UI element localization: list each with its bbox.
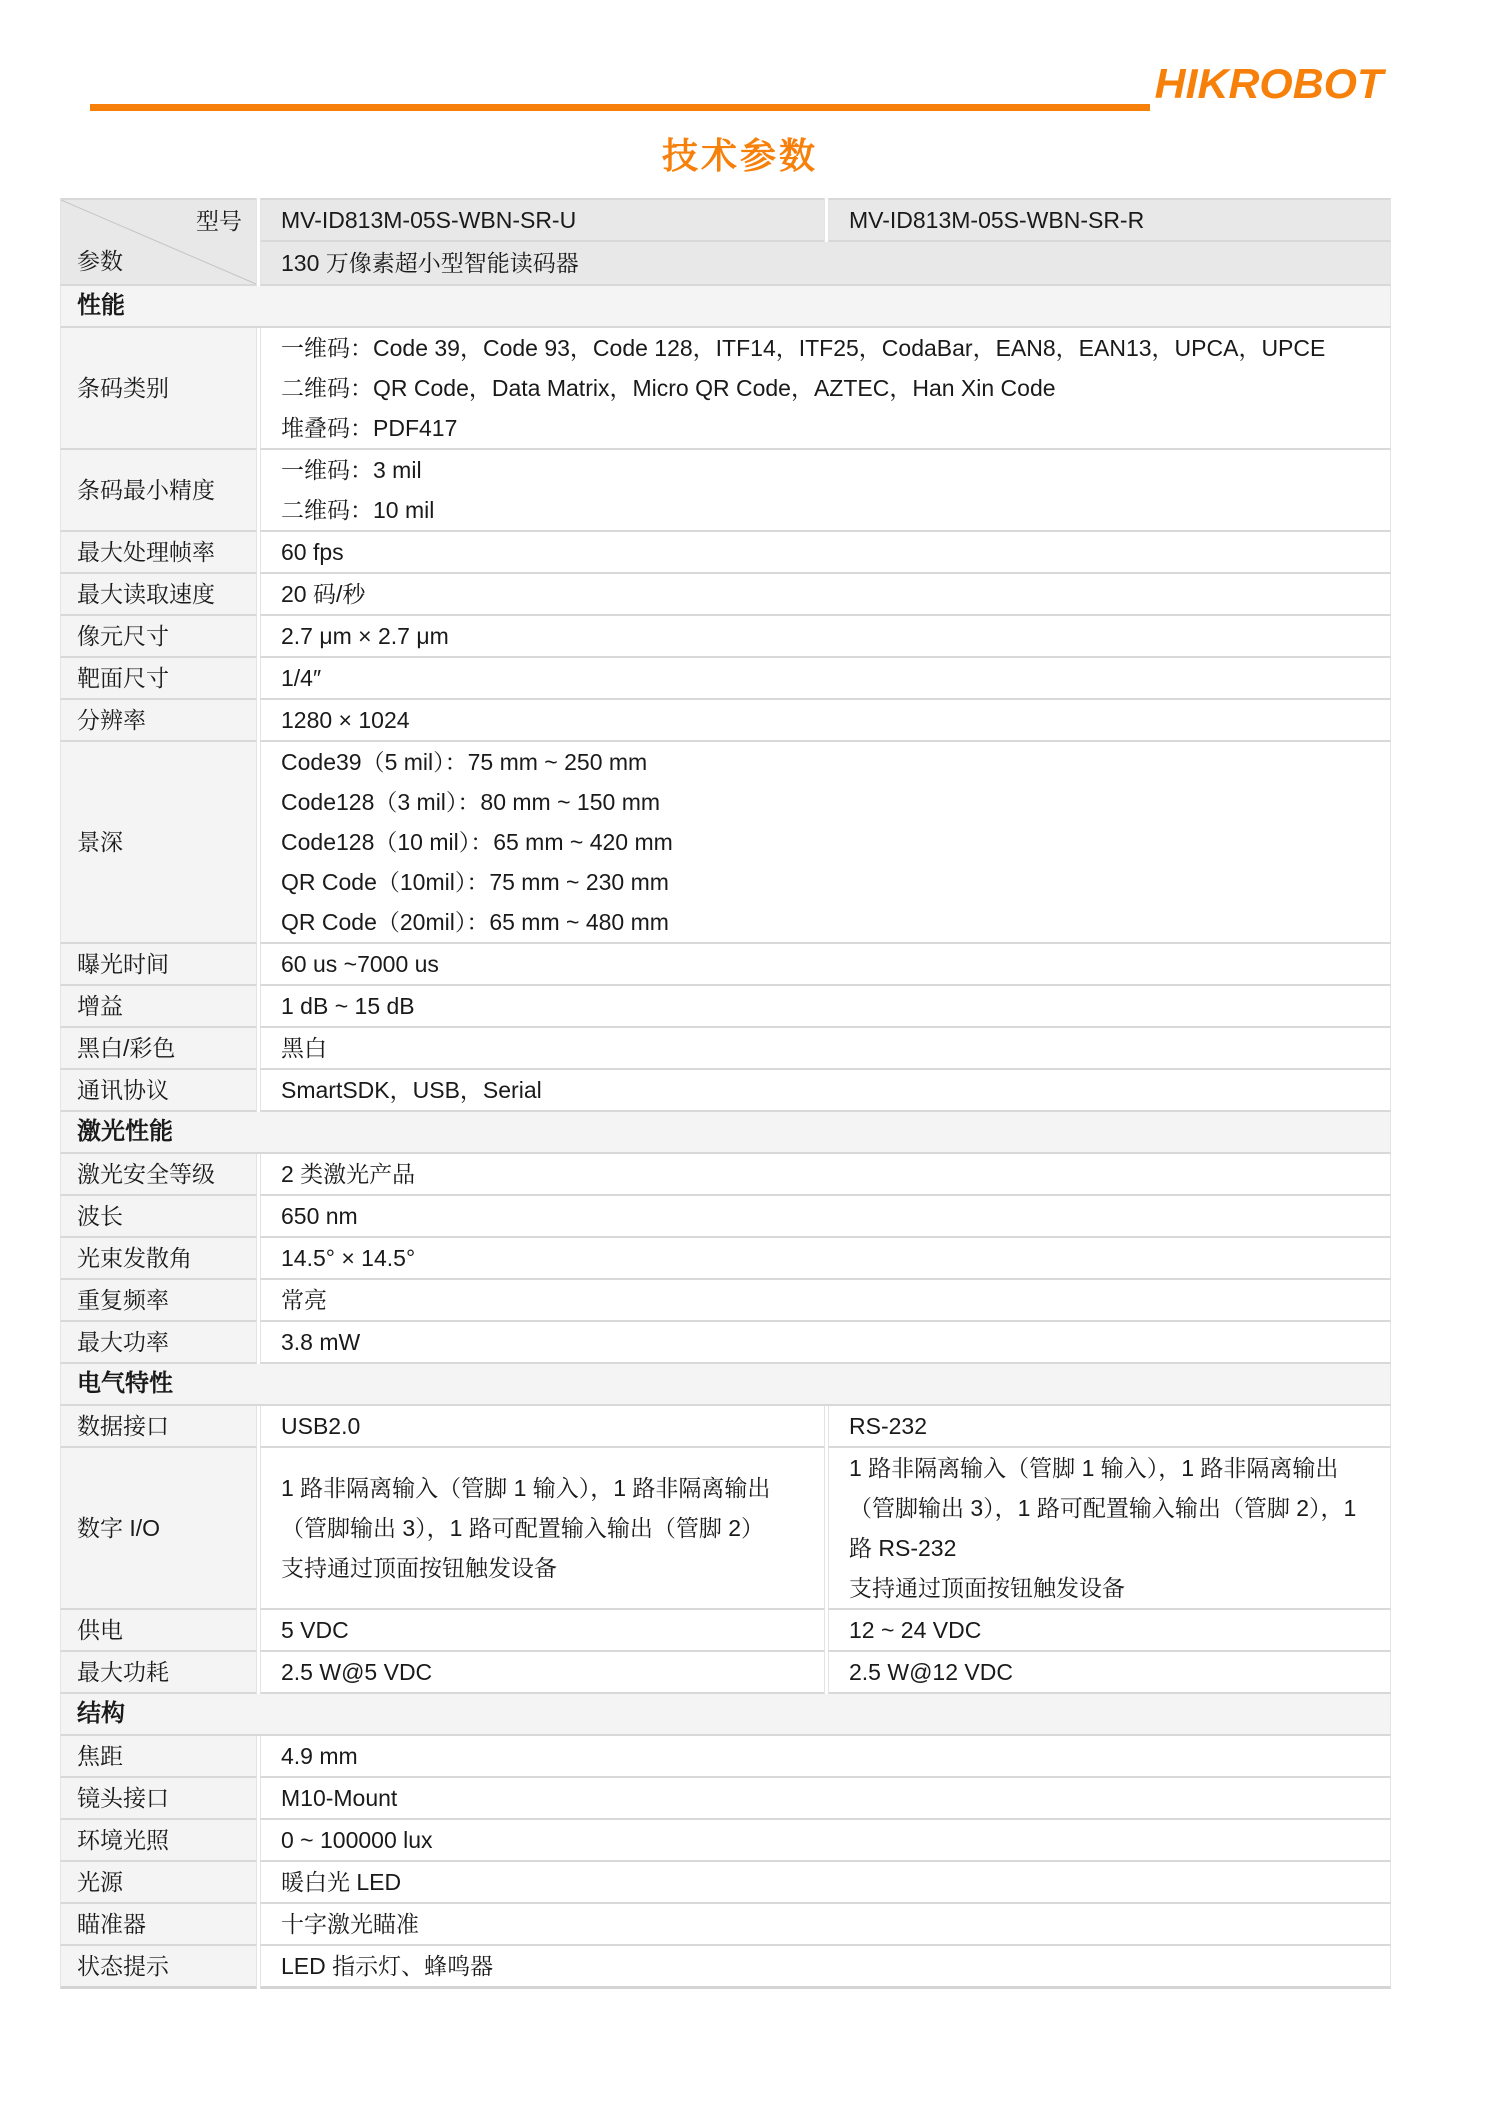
spec-row: 数据接口USB2.0RS-232 xyxy=(60,1406,1391,1448)
section-title: 性能 xyxy=(60,286,1391,328)
spec-row: 条码类别一维码：Code 39，Code 93，Code 128，ITF14，I… xyxy=(60,328,1391,450)
spec-label: 像元尺寸 xyxy=(60,616,257,658)
spec-row: 光束发散角14.5° × 14.5° xyxy=(60,1238,1391,1280)
spec-value: 60 us ~7000 us xyxy=(260,944,1391,986)
spec-row: 增益1 dB ~ 15 dB xyxy=(60,986,1391,1028)
spec-row: 最大读取速度20 码/秒 xyxy=(60,574,1391,616)
section-title: 结构 xyxy=(60,1694,1391,1736)
spec-value: 1 dB ~ 15 dB xyxy=(260,986,1391,1028)
spec-value: 3.8 mW xyxy=(260,1322,1391,1364)
spec-label: 波长 xyxy=(60,1196,257,1238)
spec-row: 波长650 nm xyxy=(60,1196,1391,1238)
value-line: 1 路非隔离输入（管脚 1 输入），1 路非隔离输出（管脚输出 3），1 路可配… xyxy=(849,1448,1360,1568)
value-line: QR Code（10mil）：75 mm ~ 230 mm xyxy=(281,862,1360,902)
section-title: 电气特性 xyxy=(60,1364,1391,1406)
brand-logo: HIKROBOT xyxy=(1155,60,1494,108)
value-line: M10-Mount xyxy=(281,1778,1360,1818)
value-line: 十字激光瞄准 xyxy=(281,1904,1360,1944)
spec-label: 重复频率 xyxy=(60,1280,257,1322)
value-line: 2 类激光产品 xyxy=(281,1154,1360,1194)
spec-row: 黑白/彩色黑白 xyxy=(60,1028,1391,1070)
spec-row: 最大功耗2.5 W@5 VDC2.5 W@12 VDC xyxy=(60,1652,1391,1694)
spec-value: 2.5 W@5 VDC xyxy=(260,1652,825,1694)
value-line: 支持通过顶面按钮触发设备 xyxy=(281,1548,794,1588)
spec-value: 2.7 μm × 2.7 μm xyxy=(260,616,1391,658)
value-line: 60 us ~7000 us xyxy=(281,944,1360,984)
spec-label: 条码类别 xyxy=(60,328,257,450)
spec-value: RS-232 xyxy=(828,1406,1391,1448)
spec-value: 2 类激光产品 xyxy=(260,1154,1391,1196)
spec-row: 像元尺寸2.7 μm × 2.7 μm xyxy=(60,616,1391,658)
spec-row: 重复频率常亮 xyxy=(60,1280,1391,1322)
value-line: 20 码/秒 xyxy=(281,574,1360,614)
value-line: 黑白 xyxy=(281,1028,1360,1068)
spec-row: 景深Code39（5 mil）：75 mm ~ 250 mmCode128（3 … xyxy=(60,742,1391,944)
table-corner-cell: 型号 参数 xyxy=(60,198,257,286)
spec-label: 最大读取速度 xyxy=(60,574,257,616)
section-title: 激光性能 xyxy=(60,1112,1391,1154)
spec-row: 分辨率1280 × 1024 xyxy=(60,700,1391,742)
spec-label: 黑白/彩色 xyxy=(60,1028,257,1070)
table-header-row-param: 130 万像素超小型智能读码器 xyxy=(60,242,1391,286)
spec-label: 数据接口 xyxy=(60,1406,257,1448)
spec-value: 1280 × 1024 xyxy=(260,700,1391,742)
value-line: 一维码：Code 39，Code 93，Code 128，ITF14，ITF25… xyxy=(281,328,1360,368)
spec-row: 焦距4.9 mm xyxy=(60,1736,1391,1778)
spec-value: 十字激光瞄准 xyxy=(260,1904,1391,1946)
spec-label: 最大功率 xyxy=(60,1322,257,1364)
corner-model-label: 型号 xyxy=(196,202,242,240)
spec-value: 0 ~ 100000 lux xyxy=(260,1820,1391,1862)
spec-label: 供电 xyxy=(60,1610,257,1652)
value-line: 二维码：10 mil xyxy=(281,490,1360,530)
value-line: USB2.0 xyxy=(281,1406,794,1446)
spec-label: 曝光时间 xyxy=(60,944,257,986)
spec-row: 靶面尺寸1/4″ xyxy=(60,658,1391,700)
value-line: 常亮 xyxy=(281,1280,1360,1320)
spec-label: 景深 xyxy=(60,742,257,944)
page-title: 技术参数 xyxy=(0,128,1480,179)
spec-value: 60 fps xyxy=(260,532,1391,574)
spec-value: M10-Mount xyxy=(260,1778,1391,1820)
spec-row: 环境光照0 ~ 100000 lux xyxy=(60,1820,1391,1862)
value-line: Code39（5 mil）：75 mm ~ 250 mm xyxy=(281,742,1360,782)
value-line: 4.9 mm xyxy=(281,1736,1360,1776)
spec-row: 供电5 VDC12 ~ 24 VDC xyxy=(60,1610,1391,1652)
spec-row: 通讯协议SmartSDK，USB，Serial xyxy=(60,1070,1391,1112)
value-line: 一维码：3 mil xyxy=(281,450,1360,490)
section-header-row: 结构 xyxy=(60,1694,1391,1736)
spec-row: 激光安全等级2 类激光产品 xyxy=(60,1154,1391,1196)
spec-label: 条码最小精度 xyxy=(60,450,257,532)
value-line: Code128（3 mil）：80 mm ~ 150 mm xyxy=(281,782,1360,822)
spec-value: 2.5 W@12 VDC xyxy=(828,1652,1391,1694)
spec-label: 焦距 xyxy=(60,1736,257,1778)
value-line: 12 ~ 24 VDC xyxy=(849,1610,1360,1650)
spec-label: 状态提示 xyxy=(60,1946,257,1989)
value-line: Code128（10 mil）：65 mm ~ 420 mm xyxy=(281,822,1360,862)
spec-row: 曝光时间60 us ~7000 us xyxy=(60,944,1391,986)
value-line: 650 nm xyxy=(281,1196,1360,1236)
value-line: 支持通过顶面按钮触发设备 xyxy=(849,1568,1360,1608)
header-divider-line xyxy=(90,104,1150,111)
spec-label: 最大处理帧率 xyxy=(60,532,257,574)
spec-row: 镜头接口M10-Mount xyxy=(60,1778,1391,1820)
spec-value: 黑白 xyxy=(260,1028,1391,1070)
section-header-row: 电气特性 xyxy=(60,1364,1391,1406)
spec-value: Code39（5 mil）：75 mm ~ 250 mmCode128（3 mi… xyxy=(260,742,1391,944)
spec-label: 激光安全等级 xyxy=(60,1154,257,1196)
model-name-left: MV-ID813M-05S-WBN-SR-U xyxy=(260,198,825,242)
model-name-right: MV-ID813M-05S-WBN-SR-R xyxy=(828,198,1391,242)
value-line: RS-232 xyxy=(849,1406,1360,1446)
spec-label: 瞄准器 xyxy=(60,1904,257,1946)
spec-label: 最大功耗 xyxy=(60,1652,257,1694)
value-line: 1/4″ xyxy=(281,658,1360,698)
value-line: 1 dB ~ 15 dB xyxy=(281,986,1360,1026)
value-line: 60 fps xyxy=(281,532,1360,572)
spec-label: 环境光照 xyxy=(60,1820,257,1862)
spec-value: LED 指示灯、蜂鸣器 xyxy=(260,1946,1391,1989)
spec-label: 增益 xyxy=(60,986,257,1028)
spec-label: 通讯协议 xyxy=(60,1070,257,1112)
value-line: QR Code（20mil）：65 mm ~ 480 mm xyxy=(281,902,1360,942)
spec-value: 1 路非隔离输入（管脚 1 输入），1 路非隔离输出（管脚输出 3），1 路可配… xyxy=(260,1448,825,1610)
spec-value: 650 nm xyxy=(260,1196,1391,1238)
value-line: 1280 × 1024 xyxy=(281,700,1360,740)
spec-value: 暖白光 LED xyxy=(260,1862,1391,1904)
value-line: 3.8 mW xyxy=(281,1322,1360,1362)
value-line: 14.5° × 14.5° xyxy=(281,1238,1360,1278)
table-header-row-model: 型号 参数 MV-ID813M-05S-WBN-SR-U MV-ID813M-0… xyxy=(60,198,1391,242)
value-line: 0 ~ 100000 lux xyxy=(281,1820,1360,1860)
spec-value: SmartSDK，USB，Serial xyxy=(260,1070,1391,1112)
spec-value: 20 码/秒 xyxy=(260,574,1391,616)
spec-label: 分辨率 xyxy=(60,700,257,742)
spec-value: 一维码：3 mil二维码：10 mil xyxy=(260,450,1391,532)
spec-label: 数字 I/O xyxy=(60,1448,257,1610)
spec-value: 1/4″ xyxy=(260,658,1391,700)
spec-value: 常亮 xyxy=(260,1280,1391,1322)
value-line: LED 指示灯、蜂鸣器 xyxy=(281,1946,1360,1986)
spec-value: USB2.0 xyxy=(260,1406,825,1448)
param-description: 130 万像素超小型智能读码器 xyxy=(260,242,1391,286)
spec-value: 4.9 mm xyxy=(260,1736,1391,1778)
value-line: 二维码：QR Code，Data Matrix，Micro QR Code，AZ… xyxy=(281,368,1360,408)
corner-param-label: 参数 xyxy=(77,242,123,280)
spec-row: 数字 I/O1 路非隔离输入（管脚 1 输入），1 路非隔离输出（管脚输出 3）… xyxy=(60,1448,1391,1610)
section-header-row: 激光性能 xyxy=(60,1112,1391,1154)
spec-value: 1 路非隔离输入（管脚 1 输入），1 路非隔离输出（管脚输出 3），1 路可配… xyxy=(828,1448,1391,1610)
value-line: SmartSDK，USB，Serial xyxy=(281,1070,1360,1110)
spec-label: 镜头接口 xyxy=(60,1778,257,1820)
value-line: 5 VDC xyxy=(281,1610,794,1650)
spec-table-body: 型号 参数 MV-ID813M-05S-WBN-SR-U MV-ID813M-0… xyxy=(60,198,1391,1989)
spec-row: 瞄准器十字激光瞄准 xyxy=(60,1904,1391,1946)
value-line: 堆叠码：PDF417 xyxy=(281,408,1360,448)
spec-value: 一维码：Code 39，Code 93，Code 128，ITF14，ITF25… xyxy=(260,328,1391,450)
spec-label: 光束发散角 xyxy=(60,1238,257,1280)
spec-label: 光源 xyxy=(60,1862,257,1904)
spec-row: 状态提示LED 指示灯、蜂鸣器 xyxy=(60,1946,1391,1989)
spec-label: 靶面尺寸 xyxy=(60,658,257,700)
spec-row: 条码最小精度一维码：3 mil二维码：10 mil xyxy=(60,450,1391,532)
spec-row: 最大处理帧率60 fps xyxy=(60,532,1391,574)
value-line: 暖白光 LED xyxy=(281,1862,1360,1902)
spec-row: 最大功率3.8 mW xyxy=(60,1322,1391,1364)
spec-row: 光源暖白光 LED xyxy=(60,1862,1391,1904)
section-header-row: 性能 xyxy=(60,286,1391,328)
value-line: 2.5 W@5 VDC xyxy=(281,1652,794,1692)
spec-value: 12 ~ 24 VDC xyxy=(828,1610,1391,1652)
spec-value: 5 VDC xyxy=(260,1610,825,1652)
value-line: 1 路非隔离输入（管脚 1 输入），1 路非隔离输出（管脚输出 3），1 路可配… xyxy=(281,1468,794,1548)
spec-value: 14.5° × 14.5° xyxy=(260,1238,1391,1280)
spec-table: 型号 参数 MV-ID813M-05S-WBN-SR-U MV-ID813M-0… xyxy=(57,198,1394,1989)
value-line: 2.5 W@12 VDC xyxy=(849,1652,1360,1692)
value-line: 2.7 μm × 2.7 μm xyxy=(281,616,1360,656)
